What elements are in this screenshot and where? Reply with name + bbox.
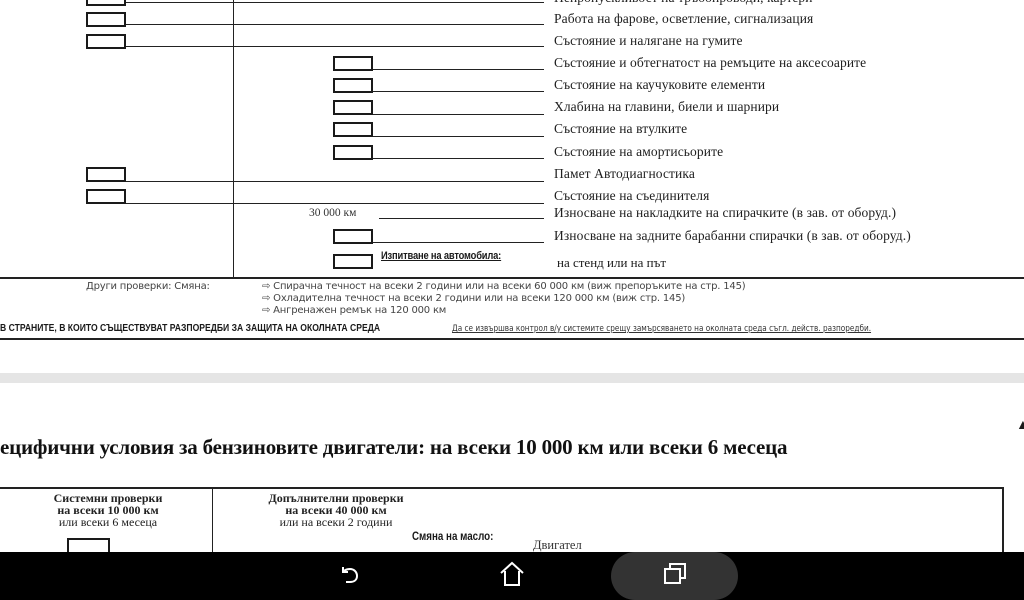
item-lights: Работа на фарове, осветление, сигнализац… [554,11,813,27]
connector-line [126,181,544,182]
checkbox-rubber[interactable] [333,78,373,93]
recents-button[interactable] [611,552,738,600]
environment-notice-heading: В СТРАНИТЕ, В КОИТО СЪЩЕСТВУВАТ РАЗПОРЕД… [0,323,380,334]
header-system-checks: Системни проверки на всеки 10 000 км или… [28,492,188,528]
recents-icon [662,561,688,592]
home-icon [498,560,526,593]
back-button[interactable] [320,552,380,600]
oil-change-label: Смяна на масло: [412,531,493,543]
back-arrow-icon [337,561,363,592]
page-gap [0,373,1024,383]
connector-line [126,46,544,47]
other-checks-label: Други проверки: Смяна: [86,281,210,292]
edge-mark: ▲ [1016,418,1024,434]
section-heading: ецифични условия за бензиновите двигател… [0,435,787,460]
item-brake-pads: Износване на накладките на спирачките (в… [554,205,896,221]
connector-line [373,114,544,115]
checkbox-leaking[interactable] [86,0,126,6]
connector-line [373,158,544,159]
item-tyres: Състояние и налягане на гумите [554,33,743,49]
road-test-value: на стенд или на път [557,255,666,271]
other-check-brake-fluid: ⇨ Спирачна течност на всеки 2 години или… [262,281,745,292]
checkbox-drum-brakes[interactable] [333,229,373,244]
connector-line [373,242,544,243]
item-leaking: Непропускливост на тръбопроводи, картери [554,0,813,6]
connector-line [373,69,544,70]
oil-change-engine: Двигател [533,538,582,552]
connector-line [126,24,544,25]
section-divider [0,277,1024,279]
checkbox-system-checks[interactable] [67,538,110,552]
column-divider [212,487,213,552]
connector-line [373,91,544,92]
header-additional-checks: Допълнителни проверки на всеки 40 000 км… [246,492,426,528]
document-page: Непропускливост на тръбопроводи, картери… [0,0,1024,552]
checkbox-lights[interactable] [86,12,126,27]
item-clutch: Състояние на съединителя [554,188,709,204]
item-belts: Състояние и обтегнатост на ремъците на а… [554,55,866,71]
connector-line [126,203,544,204]
checkbox-bushings[interactable] [333,122,373,137]
item-diagnostics: Памет Автодиагностика [554,166,695,182]
item-play: Хлабина на главини, биели и шарнири [554,99,779,115]
road-test-label: Изпитване на автомобила: [381,250,501,262]
checkbox-road-test[interactable] [333,254,373,269]
home-button[interactable] [482,552,542,600]
checkbox-shocks[interactable] [333,145,373,160]
connector-line [126,2,544,3]
checkbox-diagnostics[interactable] [86,167,126,182]
connector-line [373,136,544,137]
other-check-timing-belt: ⇨ Ангренажен ремък на 120 000 км [262,305,446,316]
section-divider [0,338,1024,340]
tree-trunk-line [233,0,234,278]
item-rubber: Състояние на каучуковите елементи [554,77,765,93]
checkbox-belts[interactable] [333,56,373,71]
checkbox-clutch[interactable] [86,189,126,204]
checkbox-play[interactable] [333,100,373,115]
other-check-coolant: ⇨ Охладителна течност на всеки 2 години … [262,293,685,304]
item-shocks: Състояние на амортисьорите [554,144,723,160]
item-bushings: Състояние на втулките [554,121,687,137]
connector-line [379,218,544,219]
environment-notice-text: Да се извършва контрол в/у системите сре… [452,324,871,334]
checkbox-tyres[interactable] [86,34,126,49]
brake-pad-interval: 30 000 км [309,207,356,219]
item-drum-brakes: Износване на задните барабанни спирачки … [554,228,911,244]
